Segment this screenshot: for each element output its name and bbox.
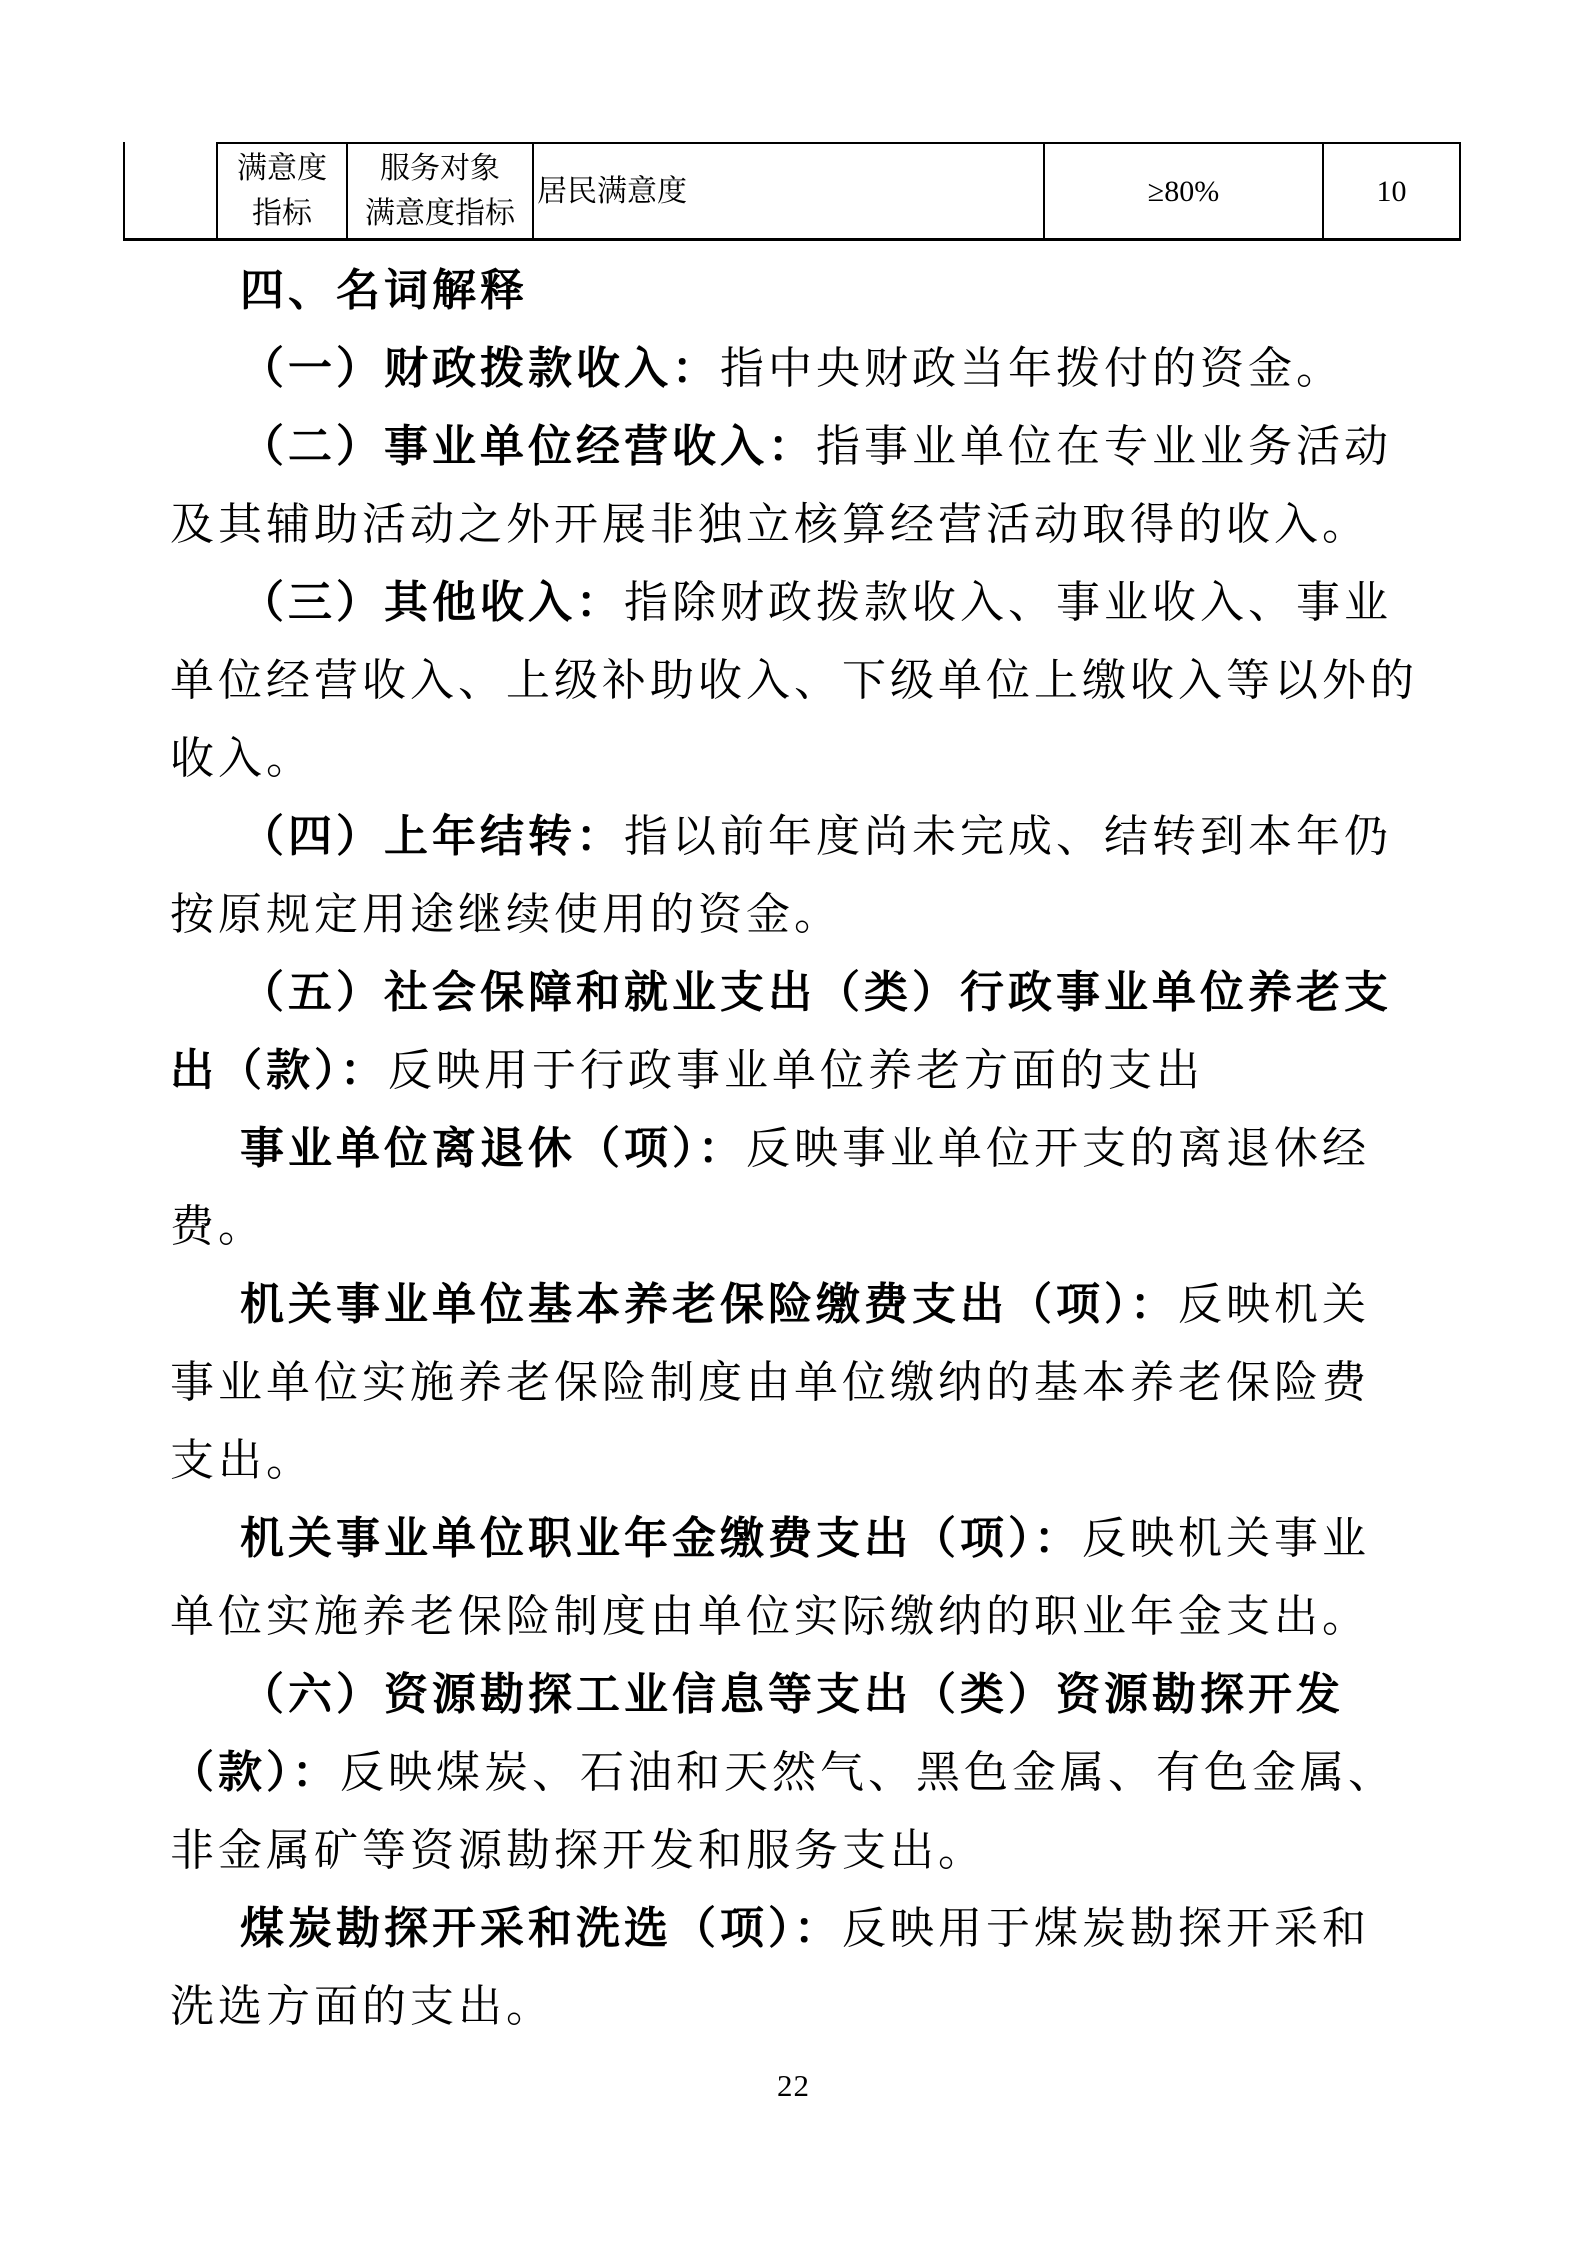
table-cell-spacer bbox=[123, 142, 216, 238]
text-line: 机关事业单位基本养老保险缴费支出（项）：反映机关 bbox=[170, 1266, 1426, 1344]
table-cell-score: 10 bbox=[1322, 142, 1461, 238]
table-cell-indicator-name: 居民满意度 bbox=[532, 142, 1043, 238]
table-cell-target-value: ≥80% bbox=[1043, 142, 1322, 238]
term-bold: 煤炭勘探开采和洗选（项）： bbox=[240, 1904, 842, 1953]
page-number: 22 bbox=[0, 2068, 1587, 2104]
target-value: ≥80% bbox=[1148, 169, 1219, 214]
text-line: 煤炭勘探开采和洗选（项）：反映用于煤炭勘探开采和 bbox=[170, 1890, 1426, 1968]
definition-text: 单位实施养老保险制度由单位实际缴纳的职业年金支出。 bbox=[170, 1592, 1370, 1641]
definition-text: 反映用于行政事业单位养老方面的支出 bbox=[388, 1046, 1204, 1095]
indicator-name: 居民满意度 bbox=[537, 169, 687, 214]
table-cell-indicator-category: 满意度 指标 bbox=[216, 142, 346, 238]
text-line: （二）事业单位经营收入：指事业单位在专业业务活动 bbox=[170, 408, 1426, 486]
term-bold: （四）上年结转： bbox=[240, 812, 624, 861]
glossary-section: 四、名词解释 （一）财政拨款收入：指中央财政当年拨付的资金。 （二）事业单位经营… bbox=[170, 252, 1426, 2046]
term-bold: （款）： bbox=[170, 1748, 340, 1797]
definition-text: 费。 bbox=[170, 1202, 266, 1251]
text-line: 收入。 bbox=[170, 720, 1426, 798]
text-line: （六）资源勘探工业信息等支出（类）资源勘探开发 bbox=[170, 1656, 1426, 1734]
term-bold: （六）资源勘探工业信息等支出（类）资源勘探开发 bbox=[240, 1670, 1344, 1719]
indicator-subcategory-line2: 满意度指标 bbox=[365, 191, 515, 236]
text-line: 单位实施养老保险制度由单位实际缴纳的职业年金支出。 bbox=[170, 1578, 1426, 1656]
term-bold: 机关事业单位基本养老保险缴费支出（项）： bbox=[240, 1280, 1178, 1329]
text-line: （五）社会保障和就业支出（类）行政事业单位养老支 bbox=[170, 954, 1426, 1032]
definition-text: 指除财政拨款收入、事业收入、事业 bbox=[624, 578, 1392, 627]
term-bold: 机关事业单位职业年金缴费支出（项）： bbox=[240, 1514, 1082, 1563]
indicator-subcategory-line1: 服务对象 bbox=[380, 146, 500, 191]
definition-text: 指以前年度尚未完成、结转到本年仍 bbox=[624, 812, 1392, 861]
indicator-category-line2: 指标 bbox=[252, 191, 312, 236]
text-line: （款）：反映煤炭、石油和天然气、黑色金属、有色金属、 bbox=[170, 1734, 1426, 1812]
table-cell-indicator-subcategory: 服务对象 满意度指标 bbox=[346, 142, 532, 238]
definition-text: 及其辅助活动之外开展非独立核算经营活动取得的收入。 bbox=[170, 500, 1370, 549]
text-line: （三）其他收入：指除财政拨款收入、事业收入、事业 bbox=[170, 564, 1426, 642]
indicator-table-row: 满意度 指标 服务对象 满意度指标 居民满意度 ≥80% 10 bbox=[123, 142, 1461, 241]
indicator-category-line1: 满意度 bbox=[237, 146, 327, 191]
definition-text: 非金属矿等资源勘探开发和服务支出。 bbox=[170, 1826, 986, 1875]
document-page: 满意度 指标 服务对象 满意度指标 居民满意度 ≥80% 10 四、名词解释 （… bbox=[0, 0, 1587, 2245]
term-bold: 出（款）： bbox=[170, 1046, 388, 1095]
definition-text: 反映用于煤炭勘探开采和 bbox=[842, 1904, 1370, 1953]
definition-text: 反映机关 bbox=[1178, 1280, 1370, 1329]
term-bold: （一）财政拨款收入： bbox=[240, 344, 720, 393]
definition-text: 单位经营收入、上级补助收入、下级单位上缴收入等以外的 bbox=[170, 656, 1418, 705]
definition-text: 事业单位实施养老保险制度由单位缴纳的基本养老保险费 bbox=[170, 1358, 1370, 1407]
text-line: 机关事业单位职业年金缴费支出（项）：反映机关事业 bbox=[170, 1500, 1426, 1578]
definition-text: 洗选方面的支出。 bbox=[170, 1982, 554, 2031]
text-line: 支出。 bbox=[170, 1422, 1426, 1500]
definition-text: 支出。 bbox=[170, 1436, 314, 1485]
term-bold: 事业单位离退休（项）： bbox=[240, 1124, 746, 1173]
text-line: 按原规定用途继续使用的资金。 bbox=[170, 876, 1426, 954]
definition-text: 收入。 bbox=[170, 734, 314, 783]
definition-text: 按原规定用途继续使用的资金。 bbox=[170, 890, 842, 939]
text-line: （一）财政拨款收入：指中央财政当年拨付的资金。 bbox=[170, 330, 1426, 408]
term-bold: （二）事业单位经营收入： bbox=[240, 422, 816, 471]
text-line: 事业单位实施养老保险制度由单位缴纳的基本养老保险费 bbox=[170, 1344, 1426, 1422]
text-line: 非金属矿等资源勘探开发和服务支出。 bbox=[170, 1812, 1426, 1890]
text-line: 事业单位离退休（项）：反映事业单位开支的离退休经 bbox=[170, 1110, 1426, 1188]
text-line: 洗选方面的支出。 bbox=[170, 1968, 1426, 2046]
term-bold: （五）社会保障和就业支出（类）行政事业单位养老支 bbox=[240, 968, 1392, 1017]
text-line: 单位经营收入、上级补助收入、下级单位上缴收入等以外的 bbox=[170, 642, 1426, 720]
text-line: 出（款）：反映用于行政事业单位养老方面的支出 bbox=[170, 1032, 1426, 1110]
text-line: 费。 bbox=[170, 1188, 1426, 1266]
definition-text: 反映煤炭、石油和天然气、黑色金属、有色金属、 bbox=[340, 1748, 1396, 1797]
section-heading: 四、名词解释 bbox=[170, 252, 1426, 330]
score-value: 10 bbox=[1377, 169, 1407, 214]
definition-text: 指中央财政当年拨付的资金。 bbox=[720, 344, 1344, 393]
text-line: 及其辅助活动之外开展非独立核算经营活动取得的收入。 bbox=[170, 486, 1426, 564]
definition-text: 反映机关事业 bbox=[1082, 1514, 1370, 1563]
heading-text: 四、名词解释 bbox=[240, 266, 528, 315]
term-bold: （三）其他收入： bbox=[240, 578, 624, 627]
definition-text: 反映事业单位开支的离退休经 bbox=[746, 1124, 1370, 1173]
definition-text: 指事业单位在专业业务活动 bbox=[816, 422, 1392, 471]
text-line: （四）上年结转：指以前年度尚未完成、结转到本年仍 bbox=[170, 798, 1426, 876]
